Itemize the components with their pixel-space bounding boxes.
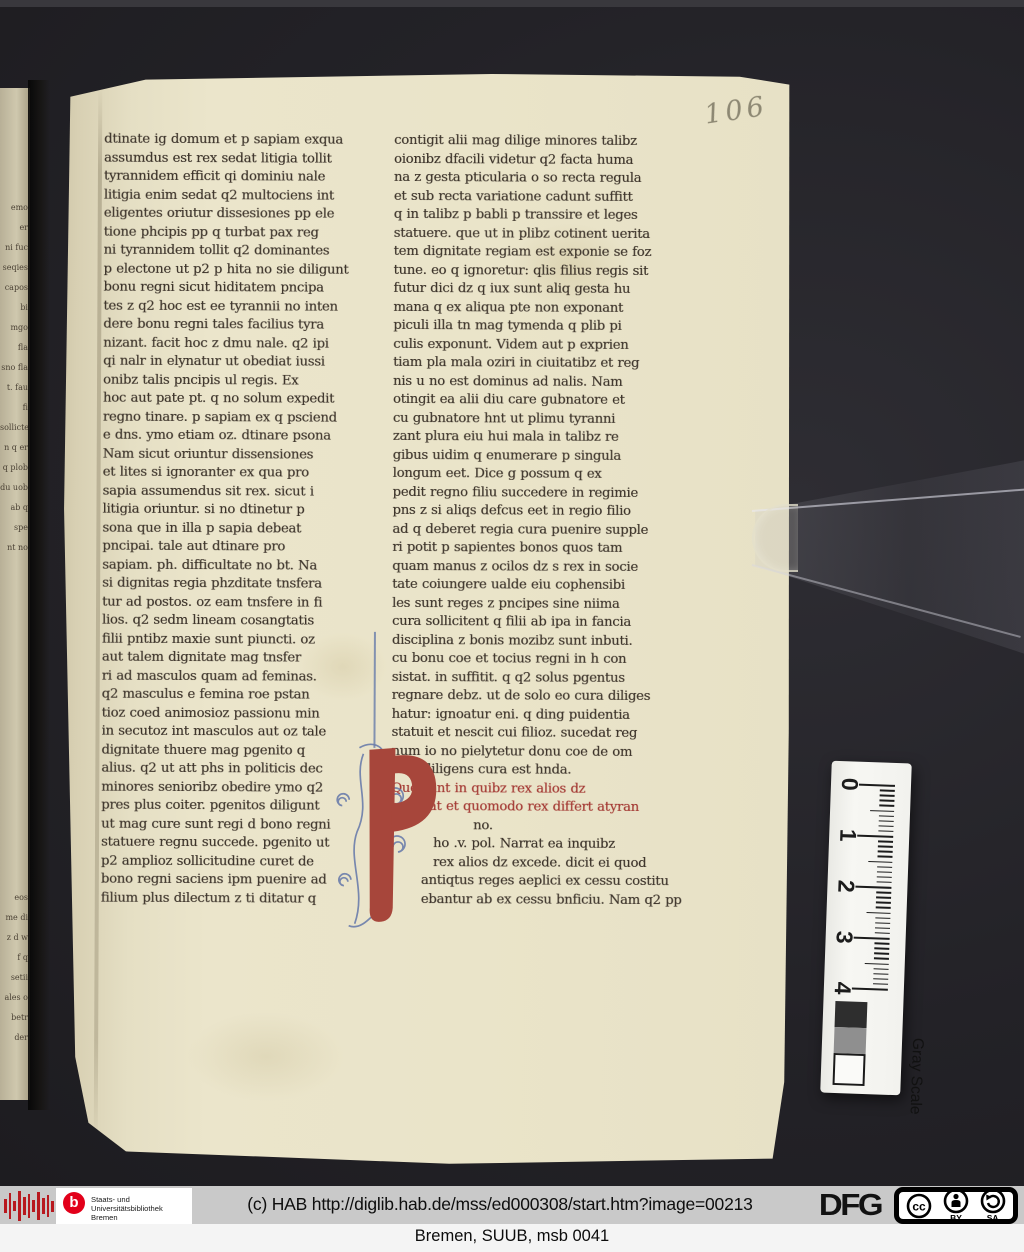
decorated-initial-p-icon (329, 740, 442, 936)
facing-fragment: ni fuc (0, 238, 28, 258)
page-clamp (738, 452, 1024, 662)
manuscript-text-line: statuere regnu succede. pgenito ut (101, 835, 363, 855)
manuscript-text-line: culis exponunt. Videm aut p exprien (393, 336, 681, 356)
facing-fragment: emo er (0, 198, 28, 238)
manuscript-text-line: sapia assumendus sit rex. sicut i (103, 483, 365, 503)
manuscript-text-line: q in talibz p babli p transsire et leges (394, 207, 682, 227)
facing-fragment: me di (0, 908, 28, 928)
manuscript-page: 106 dtinate ig domum et p sapiam exquaas… (36, 70, 793, 1169)
manuscript-text-line: tione phcipis pp q turbat pax reg (104, 224, 366, 244)
facing-fragment: du uob (0, 478, 28, 498)
manuscript-text-line: ri potit p sapientes bonos quos tam (392, 540, 680, 560)
facing-fragment: nt no (0, 538, 28, 558)
pen-flourish-line (373, 632, 376, 748)
ruler-tick-minor (875, 922, 890, 924)
manuscript-text-line: pres plus coiter. pgenitos diligunt (101, 798, 363, 818)
manuscript-text-line: litigia enim sedat q2 multociens int (104, 187, 366, 207)
manuscript-text-line: dere bonu regni tales facilius tyra (103, 317, 365, 337)
facing-fragment: setii (0, 968, 28, 988)
manuscript-text-line: dtinate ig domum et p sapiam exqua (104, 132, 366, 152)
manuscript-text-line: gibus uidim q enumerare p singula (393, 447, 681, 467)
ruler-tick-minor (868, 861, 892, 863)
ruler-tick-minor (878, 840, 893, 842)
facing-fragment: capos bi (0, 278, 28, 318)
manuscript-text-line: longum eet. Dice g possum q ex (393, 466, 681, 486)
manuscript-text-line: tur ad postos. oz eam tnsfere in fi (102, 594, 364, 614)
ruler-tick-minor (877, 866, 892, 868)
manuscript-text-line: minores senioribz obedire ymo q2 (101, 779, 363, 799)
manuscript-text-line: regnare debz. ut de solo eo cura diliges (392, 688, 680, 708)
cc-icon: cc (906, 1193, 932, 1219)
manuscript-text-line: quam manus z ocilos dz s rex in socie (392, 558, 680, 578)
ruler-tick-minor (876, 902, 891, 904)
by-label: BY (950, 1214, 962, 1223)
ruler-tick-minor (876, 891, 891, 893)
manuscript-text-line: contigit alii mag dilige minores talibz (394, 133, 682, 153)
ruler-tick-minor (875, 917, 890, 919)
manuscript-text-line: ad q deberet regia cura puenire supple (392, 521, 680, 541)
manuscript-text-line: piculi illa tn mag tymenda q plib pi (393, 318, 681, 338)
facing-fragment: seqies (0, 258, 28, 278)
manuscript-text-line: q2 masculus e femina roe pstan (102, 687, 364, 707)
folio-number: 106 (702, 87, 796, 131)
gray-scale-label: Gray Scale (830, 1035, 927, 1058)
manuscript-text-line: oionibz dfacili videtur q2 facta huma (394, 151, 682, 171)
grayscale-ruler: 01234 Gray Scale (820, 761, 912, 1096)
manuscript-text-line: mana q ex aliqua pte non exponant (393, 299, 681, 319)
sa-label: SA (987, 1214, 999, 1223)
manuscript-text-line: cu gubnatore hnt ut plimu tyranni (393, 410, 681, 430)
ruler-tick-minor (875, 932, 890, 934)
book-gutter-shadow (28, 80, 50, 1110)
ruler-tick-major (857, 835, 893, 838)
ruler-tick-minor (874, 942, 889, 944)
manuscript-text-line: regno tinare. p sapiam ex q psciend (103, 409, 365, 429)
by-icon: BY (943, 1188, 969, 1223)
facing-fragment: ab q spe (0, 498, 28, 538)
library-name: Staats- und Universitätsbibliothek Breme… (91, 1190, 163, 1222)
facing-fragment: betr (0, 1008, 28, 1028)
manuscript-text-line: otingit ea alii diu care gubnatore et (393, 392, 681, 412)
manuscript-text-line: sistat. in suffitit. q q2 solus pgentus (392, 669, 680, 689)
ruler-tick-minor (879, 820, 894, 822)
colorbar-stripe (4, 1199, 7, 1213)
ruler-ticks: 01234 (832, 761, 912, 764)
manuscript-text-line: Nam sicut oriuntur dissensiones (103, 446, 365, 466)
ruler-tick-major (854, 937, 890, 940)
manuscript-text-line: alius. q2 ut att phs in politicis dec (101, 761, 363, 781)
manuscript-text-line: tyrannidem efficit qi dominiu nale (104, 169, 366, 189)
manuscript-text-line: tate coiungere ualde eiu cophensibi (392, 577, 680, 597)
manuscript-text-line: les sunt reges z pncipes sine niima (392, 595, 680, 615)
ruler-tick-minor (874, 947, 889, 949)
manuscript-text-line: nizant. facit hoc z dmu nale. q2 ipi (103, 335, 365, 355)
manuscript-text-line: aut talem dignitate mag tnsfer (102, 650, 364, 670)
manuscript-text-line: tune. eo q ignoretur: qlis filius regis … (393, 262, 681, 282)
library-name-line: Staats- und (91, 1195, 163, 1204)
photo-top-edge (0, 0, 1024, 7)
manuscript-text-line: zant plura eiu hui mala in talibz re (393, 429, 681, 449)
colorbar-stripe (37, 1192, 40, 1220)
facing-fragment: der (0, 1028, 28, 1048)
ruler-tick-minor (877, 881, 892, 883)
parchment-stain (186, 1011, 346, 1102)
ruler-tick-minor (879, 805, 894, 807)
manuscript-text-line: pedit regno filiu succedere in regimie (393, 484, 681, 504)
manuscript-text-line: tes z q2 hoc est ee tyrannii no inten (103, 298, 365, 318)
manuscript-text-line: sona que in illa p sapia debeat (102, 520, 364, 540)
facing-fragment: sno fla (0, 358, 28, 378)
library-logo: b Staats- und Universitätsbibliothek Bre… (56, 1188, 192, 1226)
gray-patch-white (833, 1053, 866, 1086)
ruler-tick-major (852, 988, 888, 991)
facing-fragment: n q er (0, 438, 28, 458)
ruler-tick-major (855, 886, 891, 889)
manuscript-text-line: ni tyrannidem tollit q2 dominantes (104, 243, 366, 263)
colorbar-stripe (28, 1194, 31, 1218)
colorbar-stripe (42, 1198, 45, 1214)
shelfmark-text: Bremen, SUUB, msb 0041 (0, 1227, 1024, 1246)
ruler-tick-minor (878, 851, 893, 853)
manuscript-text-line: assumdus est rex sedat litigia tollit (104, 150, 366, 170)
manuscript-text-line: filii pntibz maxie sunt piuncti. oz (102, 631, 364, 651)
photo-background: emo erni fucseqiescapos bimgo flasno fla… (0, 0, 1024, 1186)
svg-text:cc: cc (913, 1199, 927, 1213)
manuscript-text-line: futur dici dz q iux sunt aliq gesta hu (393, 281, 681, 301)
manuscript-text-line: bono regni saciens ipm puenire ad (101, 872, 363, 892)
sa-icon: SA (980, 1188, 1006, 1223)
ruler-tick-minor (878, 846, 893, 848)
ruler-tick-minor (879, 815, 894, 817)
manuscript-text-line: tiam pla mala oziri in ciuitatibz et reg (393, 355, 681, 375)
manuscript-text-line: in secutoz int masculos aut oz tale (101, 724, 363, 744)
manuscript-text-line: ri ad masculos quam ad feminas. (102, 668, 364, 688)
ruler-tick-minor (880, 789, 895, 791)
manuscript-text-line: et lites si ignoranter ex qua pro (103, 465, 365, 485)
library-logo-mark: b (63, 1192, 85, 1214)
ruler-tick-minor (877, 856, 892, 858)
manuscript-text-line: tioz coed animosioz passionu min (102, 705, 364, 725)
manuscript-text-line: na z gesta pticularia o so recta regula (394, 170, 682, 190)
manuscript-text-line: qi nalr in elynatur ut obediat iussi (103, 354, 365, 374)
manuscript-text-line: p2 amplioz sollicitudine curet de (101, 853, 363, 873)
footer-bar: b Staats- und Universitätsbibliothek Bre… (0, 1186, 1024, 1252)
manuscript-text-line: et sub recta variatione cadunt suffitt (394, 188, 682, 208)
manuscript-text-line: lios. q2 sedm lineam cosangtatis (102, 613, 364, 633)
manuscript-text-line: litigia oriuntur. si no dtinetur p (102, 502, 364, 522)
facing-fragment: t. fau fi (0, 378, 28, 418)
facing-fragment: mgo fla (0, 318, 28, 358)
ruler-tick-minor (876, 907, 891, 909)
manuscript-text-line: sapiam. ph. difficultate no bt. Na (102, 557, 364, 577)
ruler-tick-minor (873, 973, 888, 975)
facing-fragment: f q (0, 948, 28, 968)
manuscript-text-line: ut mag cure sunt regi d bono regni (101, 816, 363, 836)
text-column-left: dtinate ig domum et p sapiam exquaassumd… (101, 132, 366, 910)
facing-fragment: sollictet (0, 418, 28, 438)
facing-page-text-fragments: emo erni fucseqiescapos bimgo flasno fla… (0, 198, 28, 1048)
manuscript-text-line: bonu regni sicut hiditatem pncipa (103, 280, 365, 300)
facing-fragment: q plob (0, 458, 28, 478)
ruler-tick-minor (879, 825, 894, 827)
colorbar-logo-icon (4, 1190, 54, 1222)
ruler-tick-minor (867, 912, 891, 914)
ruler-tick-minor (876, 897, 891, 899)
digitized-manuscript-view: emo erni fucseqiescapos bimgo flasno fla… (0, 0, 1024, 1252)
ruler-tick-minor (877, 871, 892, 873)
ruler-tick-major (859, 784, 895, 787)
copyright-text: (c) HAB http://diglib.hab.de/mss/ed00030… (200, 1194, 800, 1215)
ruler-tick-minor (879, 800, 894, 802)
gray-patch-dark (835, 1001, 868, 1028)
ruler-tick-minor (875, 927, 890, 929)
library-name-line: Universitätsbibliothek (91, 1204, 163, 1213)
colorbar-stripe (23, 1197, 26, 1215)
manuscript-text-line: cu bonu coe et tocius regni in h con (392, 651, 680, 671)
manuscript-text-line: onibz talis pncipis ul regis. Ex (103, 372, 365, 392)
colorbar-stripe (9, 1193, 12, 1219)
facing-fragment: eos (0, 888, 28, 908)
manuscript-text-line: cura sollicitent q filii ab ipa in fanci… (392, 614, 680, 634)
manuscript-text-line: nis u no est dominus ad nalis. Nam (393, 373, 681, 393)
colorbar-stripe (51, 1201, 54, 1212)
ruler-tick-minor (873, 978, 888, 980)
manuscript-text-line: statuere. que ut in plibz cotinent uerit… (394, 225, 682, 245)
facing-fragment: z d w (0, 928, 28, 948)
ruler-tick-minor (877, 876, 892, 878)
manuscript-text-line: e dns. ymo etiam oz. dtinare psona (103, 428, 365, 448)
cc-license-badge: cc BY SA (894, 1187, 1018, 1224)
ruler-tick-minor (874, 968, 889, 970)
ruler-tick-minor (874, 958, 889, 960)
ruler-tick-minor (880, 795, 895, 797)
manuscript-text-line: tem dignitate regiam est exponie se foz (394, 244, 682, 264)
manuscript-text-line: filium plus dilectum z ti ditatur q (101, 890, 363, 910)
colorbar-stripe (18, 1191, 21, 1221)
colorbar-stripe (47, 1195, 50, 1217)
colorbar-stripe (32, 1200, 35, 1212)
dfg-logo: DFG (808, 1188, 892, 1223)
manuscript-text-line: disciplina z bonis mozibz sunt inbuti. (392, 632, 680, 652)
ruler-tick-minor (878, 830, 893, 832)
manuscript-text-line: p electone ut p2 p hita no sie diligunt (103, 261, 365, 281)
ruler-tick-minor (873, 983, 888, 985)
library-name-line: Bremen (91, 1213, 163, 1222)
manuscript-text-line: hoc aut pate pt. q no solum expedit (103, 391, 365, 411)
manuscript-text-line: pns z si aliqs defcus eet in regio filio (392, 503, 680, 523)
manuscript-text-line: eligentes oriutur dissesiones pp ele (104, 206, 366, 226)
ruler-tick-minor (870, 810, 894, 812)
manuscript-text-line: si dignitas regia phzditate tnsfera (102, 576, 364, 596)
colorbar-stripe (13, 1201, 16, 1211)
facing-fragment: ales o (0, 988, 28, 1008)
ruler-tick-minor (865, 962, 889, 964)
manuscript-text-line: dignitate thuere mag pgenito q (101, 742, 363, 762)
manuscript-text-line: hatur: ignoatur eni. q ding puidentia (392, 706, 680, 726)
ruler-tick-minor (874, 953, 889, 955)
manuscript-text-line: pncipai. tale aut dtinare pro (102, 539, 364, 559)
facing-page-edge: emo erni fucseqiescapos bimgo flasno fla… (0, 88, 30, 1100)
